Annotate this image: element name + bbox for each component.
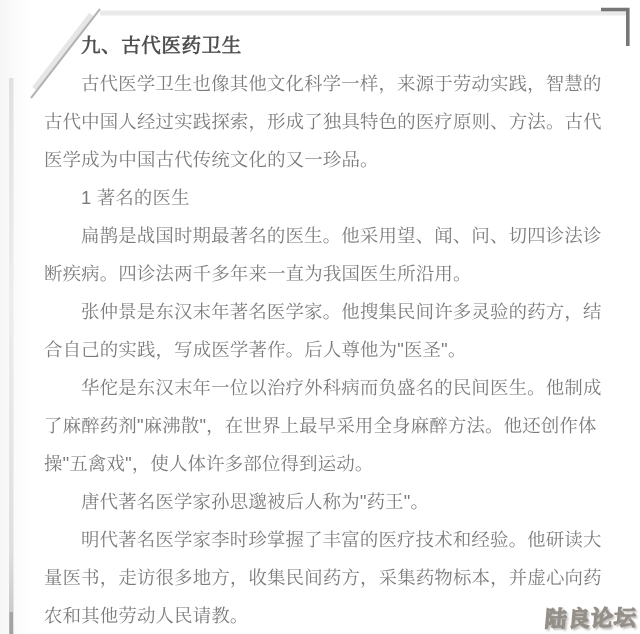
text-line: 操"五禽戏"，使人体许多部位得到运动。 — [44, 445, 598, 483]
document-text: 九、古代医药卫生古代医学卫生也像其他文化科学一样，来源于劳动实践，智慧的古代中国… — [44, 27, 598, 634]
text-line: 华佗是东汉末年一位以治疗外科病而负盛名的民间医生。他制成 — [44, 369, 598, 407]
text-line: 唐代著名医学家孙思邈被后人称为"药王"。 — [44, 483, 598, 521]
text-line: 明代著名医学家李时珍掌握了丰富的医疗技术和经验。他研读大 — [44, 521, 598, 559]
text-line: 农和其他劳动人民请教。 — [44, 597, 598, 634]
section-heading: 九、古代医药卫生 — [44, 27, 598, 65]
text-line: 扁鹊是战国时期最著名的医生。他采用望、闻、问、切四诊法诊 — [44, 217, 598, 255]
text-line: 合自己的实践，写成医学著作。后人尊他为"医圣"。 — [44, 331, 598, 369]
left-edge-bottom-mark — [10, 612, 14, 634]
text-line: 张仲景是东汉末年著名医学家。他搜集民间许多灵验的药方，结 — [44, 293, 598, 331]
screenshot-canvas: { "page": { "heading": "九、古代医药卫生", "line… — [0, 0, 640, 634]
text-line: 了麻醉药剂"麻沸散"，在世界上最早采用全身麻醉方法。他还创作体 — [44, 407, 598, 445]
text-line: 古代医学卫生也像其他文化科学一样，来源于劳动实践，智慧的 — [44, 65, 598, 103]
forum-watermark: 陆良论坛 — [544, 601, 639, 634]
text-line: 量医书，走访很多地方，收集民间药方，采集药物标本，并虚心向药 — [44, 559, 598, 597]
text-line: 医学成为中国古代传统文化的又一珍品。 — [44, 141, 598, 179]
document-page: 九、古代医药卫生古代医学卫生也像其他文化科学一样，来源于劳动实践，智慧的古代中国… — [0, 0, 640, 634]
text-line: 断疾病。四诊法两千多年来一直为我国医生所沿用。 — [44, 255, 598, 293]
text-line: 1 著名的医生 — [44, 179, 598, 217]
top-right-corner — [601, 10, 628, 47]
left-edge-shading — [9, 78, 14, 634]
text-line: 古代中国人经过实践探索，形成了独具特色的医疗原则、方法。古代 — [44, 103, 598, 141]
